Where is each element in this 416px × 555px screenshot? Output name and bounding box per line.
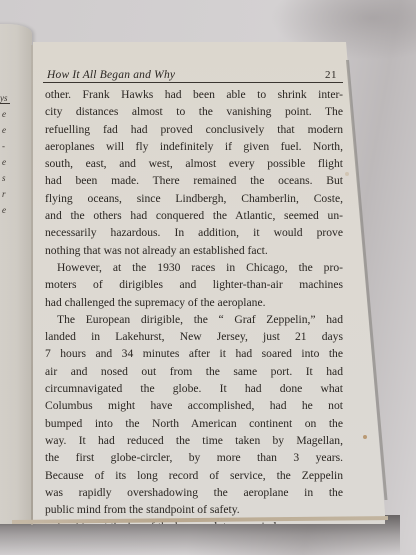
left-page-edge: ys e e - e s r e [0, 24, 32, 524]
text-line: circumnavigated the globe. It had done w… [45, 380, 343, 397]
text-line: public mind from the standpoint of safet… [45, 501, 343, 518]
foxing-spot [363, 435, 367, 439]
text-line: Columbus might have accomplished, had he… [45, 397, 343, 414]
book-gutter [31, 45, 33, 525]
text-line: had challenged the supremacy of the aero… [45, 294, 343, 311]
text-line: air and nosed out from the same port. It… [45, 363, 343, 380]
body-text: other. Frank Hawks had been able to shri… [43, 86, 343, 536]
text-line: 7 hours and 34 minutes after it had soar… [45, 345, 343, 362]
text-line: other. Frank Hawks had been able to shri… [45, 86, 343, 103]
text-line: and the others had conquered the Atlanti… [45, 207, 343, 224]
text-line: was rapidly overshadowing the aeroplane … [45, 484, 343, 501]
running-head-title: How It All Began and Why [47, 69, 175, 81]
text-line: refuelling fad had proved conclusively t… [45, 121, 343, 138]
text-line: flying oceans, since Lindbergh, Chamberl… [45, 190, 343, 207]
right-page: How It All Began and Why 21 other. Frank… [33, 42, 385, 524]
text-line: landed in Lakehurst, New Jersey, just 21… [45, 328, 343, 345]
text-line: However, at the 1930 races in Chicago, t… [45, 259, 343, 276]
text-line: bumped into the North American continent… [45, 415, 343, 432]
photo-scene: ys e e - e s r e How It All Began and Wh… [0, 0, 416, 555]
text-line: the first globe-circler, by more than 3 … [45, 449, 343, 466]
foxing-spot [345, 172, 349, 176]
page-text-block: How It All Began and Why 21 other. Frank… [43, 69, 343, 536]
text-line: way. It had reduced the time taken by Ma… [45, 432, 343, 449]
text-line: had been made. There remained the oceans… [45, 172, 343, 189]
text-line: The European dirigible, the “ Graf Zeppe… [45, 311, 343, 328]
text-line: moters of dirigibles and lighter-than-ai… [45, 276, 343, 293]
running-head: How It All Began and Why 21 [43, 69, 343, 83]
text-line: Because of its long record of service, t… [45, 467, 343, 484]
page-number: 21 [325, 69, 337, 81]
text-line: city distances almost to the vanishing p… [45, 103, 343, 120]
text-line: aeroplanes will fly indefinitely if give… [45, 138, 343, 155]
text-line: necessarily hazardous. In addition, it w… [45, 224, 343, 241]
text-line: south, east, and west, almost every poss… [45, 155, 343, 172]
left-running-head-rule [0, 103, 10, 104]
text-line: nothing that was not already an establis… [45, 242, 343, 259]
